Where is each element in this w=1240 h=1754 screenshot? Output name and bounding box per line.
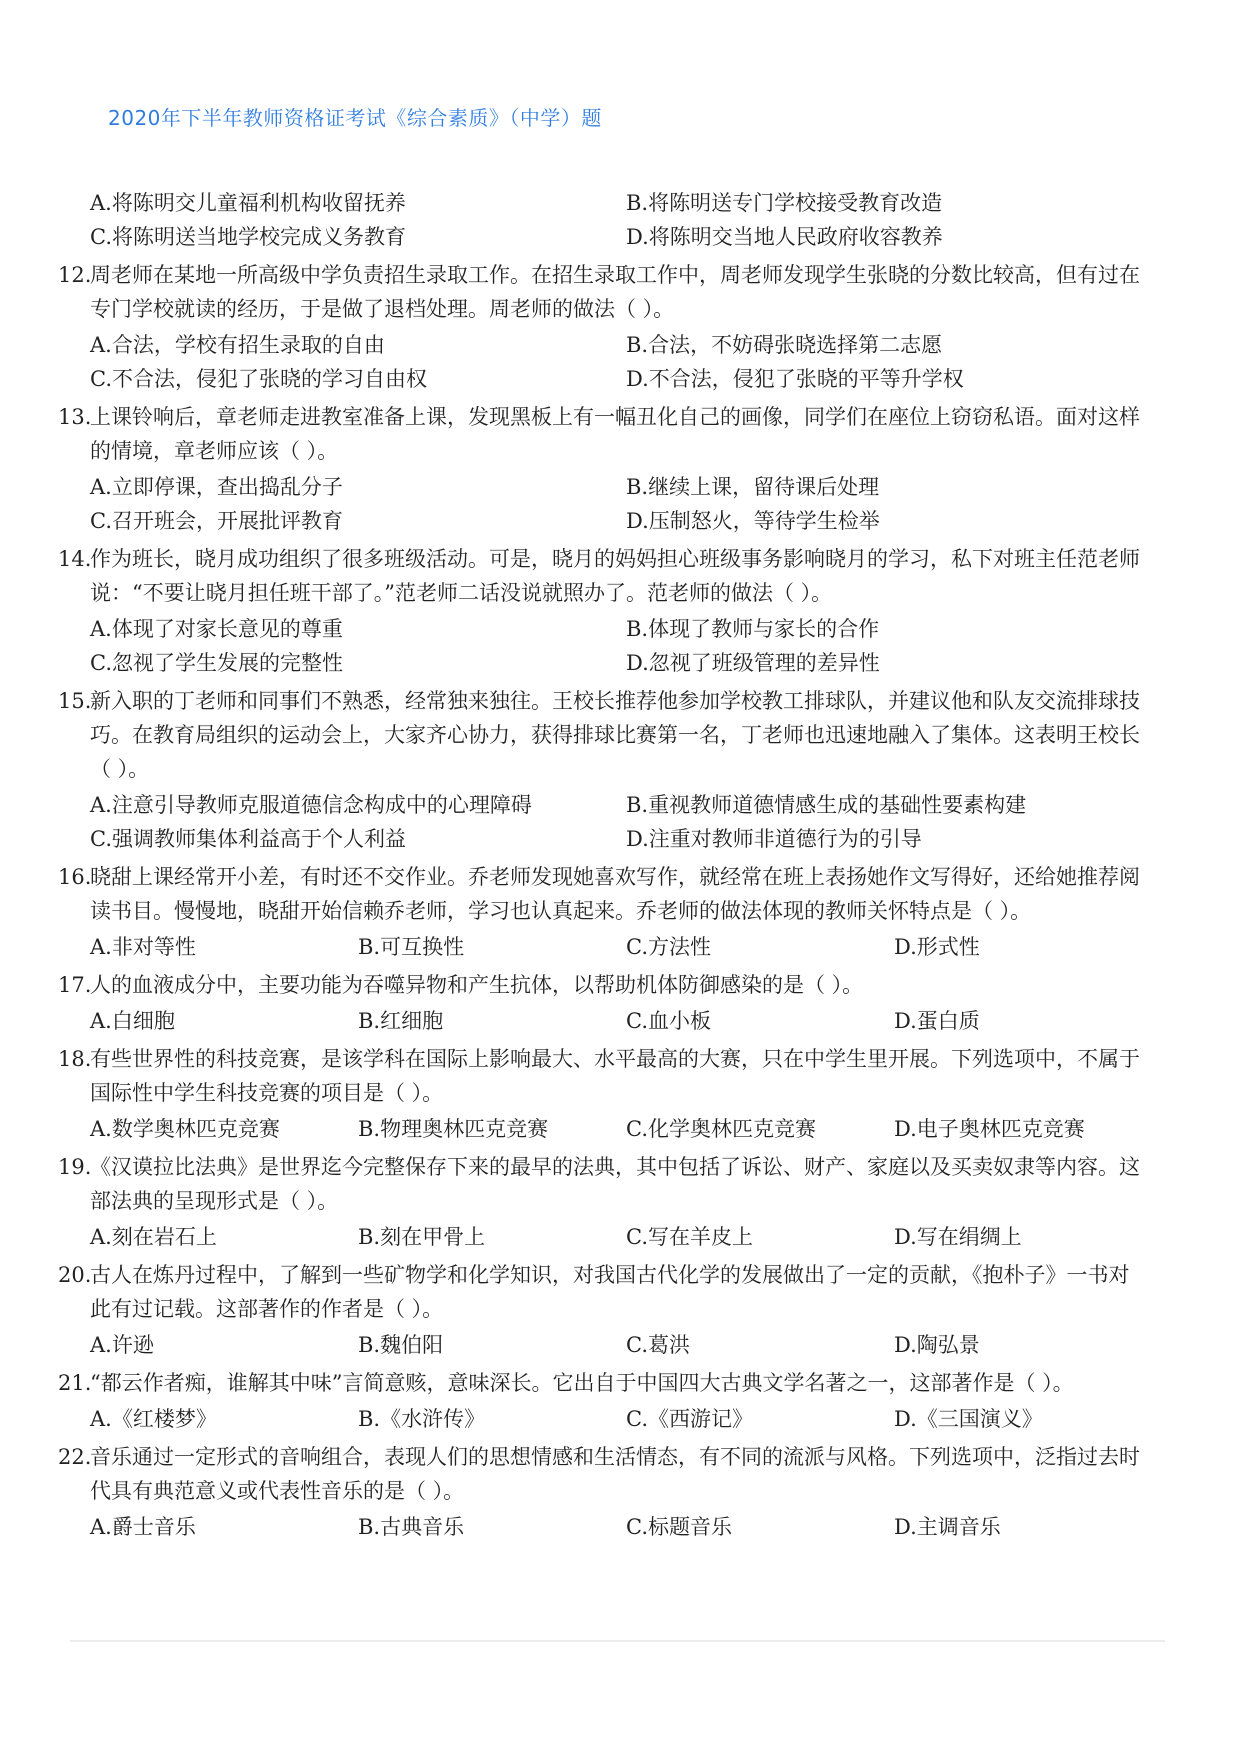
- continued-options: A.将陈明交儿童福利机构收留抚养 B.将陈明送专门学校接受教育改造 C.将陈明送…: [90, 186, 1148, 254]
- option-c: C.化学奥林匹克竞赛: [626, 1112, 894, 1146]
- question-stem: 19.《汉谟拉比法典》是世界迄今完整保存下来的最早的法典，其中包括了诉讼、财产、…: [58, 1150, 1148, 1218]
- option-d: D.注重对教师非道德行为的引导: [626, 822, 1162, 856]
- question-stem: 13.上课铃响后，章老师走进教室准备上课，发现黑板上有一幅丑化自己的画像，同学们…: [58, 400, 1148, 468]
- option-b: B.可互换性: [358, 930, 626, 964]
- option-list: A.合法，学校有招生录取的自由B.合法，不妨碍张晓选择第二志愿C.不合法，侵犯了…: [90, 328, 1148, 396]
- question-number: 18.: [58, 1042, 90, 1110]
- option-list: A.体现了对家长意见的尊重B.体现了教师与家长的合作C.忽视了学生发展的完整性D…: [90, 612, 1148, 680]
- option-list: A.数学奥林匹克竞赛B.物理奥林匹克竞赛C.化学奥林匹克竞赛D.电子奥林匹克竞赛: [90, 1112, 1148, 1146]
- question-item: 16.晓甜上课经常开小差，有时还不交作业。乔老师发现她喜欢写作，就经常在班上表扬…: [58, 860, 1148, 964]
- question-number: 21.: [58, 1366, 90, 1400]
- question-number: 19.: [58, 1150, 90, 1218]
- question-stem: 14.作为班长，晓月成功组织了很多班级活动。可是，晓月的妈妈担心班级事务影响晓月…: [58, 542, 1148, 610]
- question-item: 22.音乐通过一定形式的音响组合，表现人们的思想情感和生活情态，有不同的流派与风…: [58, 1440, 1148, 1544]
- question-stem: 15.新入职的丁老师和同事们不熟悉，经常独来独往。王校长推荐他参加学校教工排球队…: [58, 684, 1148, 786]
- option-d: D.不合法，侵犯了张晓的平等升学权: [626, 362, 1162, 396]
- question-item: 18.有些世界性的科技竞赛，是该学科在国际上影响最大、水平最高的大赛，只在中学生…: [58, 1042, 1148, 1146]
- question-item: 20.古人在炼丹过程中，了解到一些矿物学和化学知识，对我国古代化学的发展做出了一…: [58, 1258, 1148, 1362]
- question-item: 13.上课铃响后，章老师走进教室准备上课，发现黑板上有一幅丑化自己的画像，同学们…: [58, 400, 1148, 538]
- question-number: 12.: [58, 258, 90, 326]
- option-list: A.立即停课，查出捣乱分子B.继续上课，留待课后处理C.召开班会，开展批评教育D…: [90, 470, 1148, 538]
- question-number: 16.: [58, 860, 90, 928]
- option-d: D.忽视了班级管理的差异性: [626, 646, 1162, 680]
- question-text: 古人在炼丹过程中，了解到一些矿物学和化学知识，对我国古代化学的发展做出了一定的贡…: [90, 1258, 1148, 1326]
- option-list: A.注意引导教师克服道德信念构成中的心理障碍B.重视教师道德情感生成的基础性要素…: [90, 788, 1148, 856]
- option-b: B.继续上课，留待课后处理: [626, 470, 1162, 504]
- option-a: A.注意引导教师克服道德信念构成中的心理障碍: [90, 788, 626, 822]
- option-list: A.白细胞B.红细胞C.血小板D.蛋白质: [90, 1004, 1148, 1038]
- question-text: 上课铃响后，章老师走进教室准备上课，发现黑板上有一幅丑化自己的画像，同学们在座位…: [90, 400, 1148, 468]
- option-c: C.血小板: [626, 1004, 894, 1038]
- option-b: B.《水浒传》: [358, 1402, 626, 1436]
- question-list: A.将陈明交儿童福利机构收留抚养 B.将陈明送专门学校接受教育改造 C.将陈明送…: [58, 186, 1148, 1548]
- option-a: A.立即停课，查出捣乱分子: [90, 470, 626, 504]
- option-list: A.爵士音乐B.古典音乐C.标题音乐D.主调音乐: [90, 1510, 1148, 1544]
- footer-divider: [70, 1640, 1165, 1642]
- option-b: B.红细胞: [358, 1004, 626, 1038]
- question-text: 音乐通过一定形式的音响组合，表现人们的思想情感和生活情态，有不同的流派与风格。下…: [90, 1440, 1148, 1508]
- question-item: 19.《汉谟拉比法典》是世界迄今完整保存下来的最早的法典，其中包括了诉讼、财产、…: [58, 1150, 1148, 1254]
- option-c: C.葛洪: [626, 1328, 894, 1362]
- option-b: B.重视教师道德情感生成的基础性要素构建: [626, 788, 1162, 822]
- option-d: D.压制怒火，等待学生检举: [626, 504, 1162, 538]
- option-d: D.形式性: [894, 930, 1162, 964]
- option-d: D.《三国演义》: [894, 1402, 1162, 1436]
- option-a: A.许逊: [90, 1328, 358, 1362]
- option-a: A.非对等性: [90, 930, 358, 964]
- question-number: 13.: [58, 400, 90, 468]
- option-c: C.方法性: [626, 930, 894, 964]
- question-stem: 18.有些世界性的科技竞赛，是该学科在国际上影响最大、水平最高的大赛，只在中学生…: [58, 1042, 1148, 1110]
- option-b: B.将陈明送专门学校接受教育改造: [626, 186, 1162, 220]
- question-stem: 22.音乐通过一定形式的音响组合，表现人们的思想情感和生活情态，有不同的流派与风…: [58, 1440, 1148, 1508]
- page-header-title: 2020年下半年教师资格证考试《综合素质》（中学）题: [108, 102, 602, 131]
- question-stem: 12.周老师在某地一所高级中学负责招生录取工作。在招生录取工作中，周老师发现学生…: [58, 258, 1148, 326]
- question-text: 有些世界性的科技竞赛，是该学科在国际上影响最大、水平最高的大赛，只在中学生里开展…: [90, 1042, 1148, 1110]
- question-item: 12.周老师在某地一所高级中学负责招生录取工作。在招生录取工作中，周老师发现学生…: [58, 258, 1148, 396]
- question-text: 晓甜上课经常开小差，有时还不交作业。乔老师发现她喜欢写作，就经常在班上表扬她作文…: [90, 860, 1148, 928]
- option-d: D.写在绢绸上: [894, 1220, 1162, 1254]
- option-a: A.体现了对家长意见的尊重: [90, 612, 626, 646]
- question-stem: 21.“都云作者痴，谁解其中味”言简意赅，意味深长。它出自于中国四大古典文学名著…: [58, 1366, 1148, 1400]
- question-text: 作为班长，晓月成功组织了很多班级活动。可是，晓月的妈妈担心班级事务影响晓月的学习…: [90, 542, 1148, 610]
- option-list: A.许逊B.魏伯阳C.葛洪D.陶弘景: [90, 1328, 1148, 1362]
- option-list: A.刻在岩石上B.刻在甲骨上C.写在羊皮上D.写在绢绸上: [90, 1220, 1148, 1254]
- question-text: 《汉谟拉比法典》是世界迄今完整保存下来的最早的法典，其中包括了诉讼、财产、家庭以…: [90, 1150, 1148, 1218]
- option-b: B.魏伯阳: [358, 1328, 626, 1362]
- question-item: 17.人的血液成分中，主要功能为吞噬异物和产生抗体，以帮助机体防御感染的是（ ）…: [58, 968, 1148, 1038]
- option-d: D.陶弘景: [894, 1328, 1162, 1362]
- option-c: C.不合法，侵犯了张晓的学习自由权: [90, 362, 626, 396]
- question-number: 14.: [58, 542, 90, 610]
- question-number: 22.: [58, 1440, 90, 1508]
- question-number: 15.: [58, 684, 90, 786]
- option-d: D.蛋白质: [894, 1004, 1162, 1038]
- option-b: B.体现了教师与家长的合作: [626, 612, 1162, 646]
- question-text: 新入职的丁老师和同事们不熟悉，经常独来独往。王校长推荐他参加学校教工排球队，并建…: [90, 684, 1148, 786]
- option-c: C.写在羊皮上: [626, 1220, 894, 1254]
- option-d: D.将陈明交当地人民政府收容教养: [626, 220, 1162, 254]
- question-number: 17.: [58, 968, 90, 1002]
- option-c: C.强调教师集体利益高于个人利益: [90, 822, 626, 856]
- option-b: B.刻在甲骨上: [358, 1220, 626, 1254]
- option-a: A.数学奥林匹克竞赛: [90, 1112, 358, 1146]
- question-text: 周老师在某地一所高级中学负责招生录取工作。在招生录取工作中，周老师发现学生张晓的…: [90, 258, 1148, 326]
- option-list: A.非对等性B.可互换性C.方法性D.形式性: [90, 930, 1148, 964]
- question-stem: 16.晓甜上课经常开小差，有时还不交作业。乔老师发现她喜欢写作，就经常在班上表扬…: [58, 860, 1148, 928]
- question-number: 20.: [58, 1258, 90, 1326]
- option-d: D.电子奥林匹克竞赛: [894, 1112, 1162, 1146]
- question-stem: 17.人的血液成分中，主要功能为吞噬异物和产生抗体，以帮助机体防御感染的是（ ）…: [58, 968, 1148, 1002]
- option-a: A.白细胞: [90, 1004, 358, 1038]
- option-c: C.将陈明送当地学校完成义务教育: [90, 220, 626, 254]
- option-a: A.合法，学校有招生录取的自由: [90, 328, 626, 362]
- option-a: A.《红楼梦》: [90, 1402, 358, 1436]
- option-list: A.《红楼梦》B.《水浒传》C.《西游记》D.《三国演义》: [90, 1402, 1148, 1436]
- option-c: C.忽视了学生发展的完整性: [90, 646, 626, 680]
- questions: 12.周老师在某地一所高级中学负责招生录取工作。在招生录取工作中，周老师发现学生…: [58, 258, 1148, 1544]
- question-item: 15.新入职的丁老师和同事们不熟悉，经常独来独往。王校长推荐他参加学校教工排球队…: [58, 684, 1148, 856]
- option-d: D.主调音乐: [894, 1510, 1162, 1544]
- question-item: 14.作为班长，晓月成功组织了很多班级活动。可是，晓月的妈妈担心班级事务影响晓月…: [58, 542, 1148, 680]
- question-text: “都云作者痴，谁解其中味”言简意赅，意味深长。它出自于中国四大古典文学名著之一，…: [90, 1366, 1148, 1400]
- option-c: C.《西游记》: [626, 1402, 894, 1436]
- option-b: B.古典音乐: [358, 1510, 626, 1544]
- option-a: A.爵士音乐: [90, 1510, 358, 1544]
- question-stem: 20.古人在炼丹过程中，了解到一些矿物学和化学知识，对我国古代化学的发展做出了一…: [58, 1258, 1148, 1326]
- option-c: C.召开班会，开展批评教育: [90, 504, 626, 538]
- option-c: C.标题音乐: [626, 1510, 894, 1544]
- option-a: A.刻在岩石上: [90, 1220, 358, 1254]
- question-item: 21.“都云作者痴，谁解其中味”言简意赅，意味深长。它出自于中国四大古典文学名著…: [58, 1366, 1148, 1436]
- option-a: A.将陈明交儿童福利机构收留抚养: [90, 186, 626, 220]
- option-b: B.物理奥林匹克竞赛: [358, 1112, 626, 1146]
- question-text: 人的血液成分中，主要功能为吞噬异物和产生抗体，以帮助机体防御感染的是（ ）。: [90, 968, 1148, 1002]
- option-b: B.合法，不妨碍张晓选择第二志愿: [626, 328, 1162, 362]
